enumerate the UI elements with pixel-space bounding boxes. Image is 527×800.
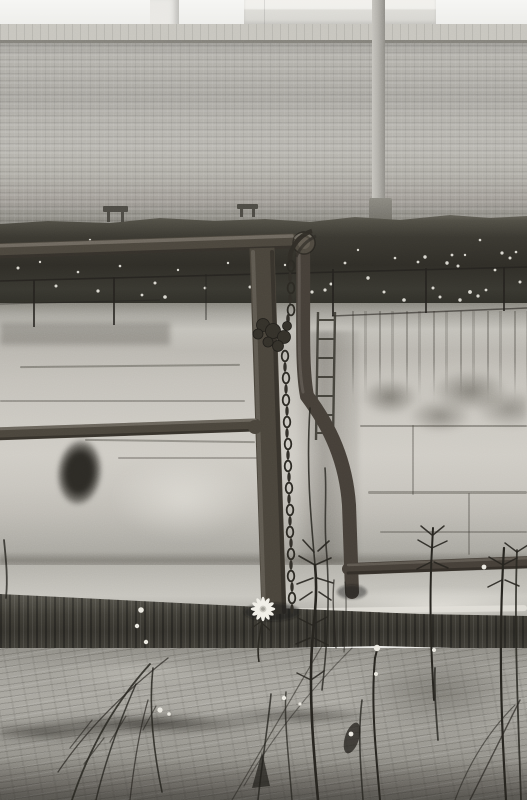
railing [0, 232, 527, 621]
photograph [0, 0, 527, 800]
railing-bent-pipe [303, 248, 352, 592]
scene-overlay [0, 0, 527, 800]
wall-vents [103, 204, 258, 222]
